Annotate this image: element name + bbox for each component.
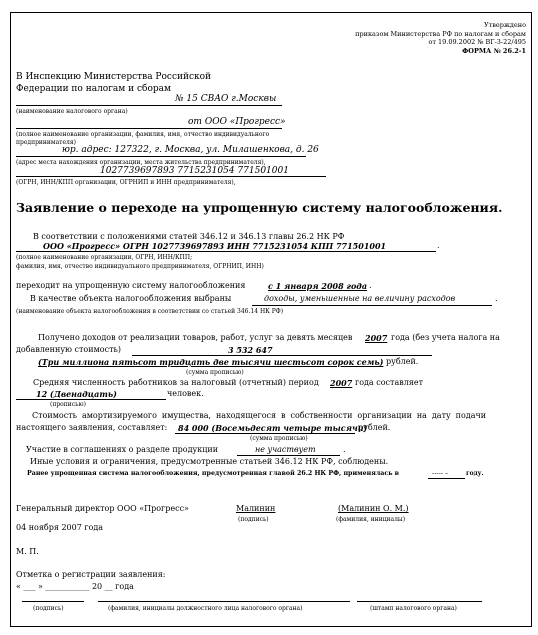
registration-stamp-line[interactable]	[357, 601, 482, 602]
p9-end: году.	[466, 470, 484, 477]
registration-date-field[interactable]: « ___ » ___________ 20 __ года	[16, 582, 134, 591]
p5-text-1: Средняя численность работников за налого…	[33, 378, 319, 387]
p4-text-1: Получено доходов от реализации товаров, …	[38, 333, 352, 342]
signatory-name-field[interactable]: (Малинин О. М.)	[338, 504, 409, 513]
addressee-line-2: Федерации по налогам и сборам	[16, 84, 171, 94]
p1-caption-2: фамилия, имя, отчество индивидуального п…	[16, 263, 264, 270]
p1-org-line	[16, 251, 436, 252]
p6-currency: рублей.	[358, 423, 390, 432]
registration-signature-caption: (подпись)	[33, 605, 64, 612]
p4-caption: (сумма прописью)	[186, 369, 244, 376]
signing-date: 04 ноября 2007 года	[16, 523, 103, 532]
signature-caption: (подпись)	[238, 516, 269, 523]
from-line	[16, 128, 282, 129]
p3-end: .	[495, 294, 498, 303]
document-title: Заявление о переходе на упрощенную систе…	[16, 200, 502, 215]
address-caption: (адрес места нахождения организации, мес…	[16, 159, 266, 166]
p5-count-field[interactable]: 12 (Двенадцать)	[36, 389, 117, 399]
registration-official-line[interactable]	[98, 601, 350, 602]
p3-object-field[interactable]: доходы, уменьшенные на величину расходов	[264, 294, 455, 303]
tax-office-field[interactable]: № 15 СВАО г.Москвы	[175, 94, 276, 104]
p2-text: переходит на упрощенную систему налогооб…	[16, 281, 245, 290]
p7-field[interactable]: не участвует	[255, 445, 316, 454]
p3-text: В качестве объекта налогообложения выбра…	[30, 294, 231, 303]
approval-block: Утверждено приказом Министерства РФ по н…	[355, 21, 526, 55]
p4-amount-field[interactable]: 3 532 647	[228, 345, 273, 355]
tax-office-line	[16, 105, 282, 106]
p1-org-field[interactable]: ООО «Прогресс» ОГРН 1027739697893 ИНН 77…	[43, 241, 386, 251]
p3-caption: (наименование объекта налогообложения в …	[16, 308, 283, 315]
p6-text-1: Стоимость амортизируемого имущества, нах…	[32, 411, 486, 420]
address-field[interactable]: юр. адрес: 127322, г. Москва, ул. Милаше…	[62, 145, 319, 155]
p2-end: .	[369, 281, 372, 290]
p7-end: .	[343, 445, 346, 454]
address-line	[16, 156, 306, 157]
from-field[interactable]: от ООО «Прогресс»	[188, 117, 286, 127]
p4-words-field[interactable]: (Три миллиона пятьсот тридцать две тысяч…	[38, 357, 383, 367]
ids-line	[16, 176, 326, 177]
form-number: ФОРМА № 26.2-1	[355, 47, 526, 56]
p5-year-field[interactable]: 2007	[330, 378, 352, 388]
p3-object-line	[252, 305, 492, 306]
p4-amount-line	[132, 355, 432, 356]
p6-text-2: настоящего заявления, составляет:	[16, 423, 167, 432]
ids-field[interactable]: 1027739697893 7715231054 771501001	[100, 166, 289, 176]
p5-unit: человек.	[167, 389, 204, 398]
p4-year-field[interactable]: 2007	[365, 333, 387, 343]
p5-count-line	[16, 399, 166, 400]
approval-line-1: Утверждено	[355, 21, 526, 30]
from-caption-1: (полное наименование организации, фамили…	[16, 131, 269, 138]
registration-stamp-caption: (штамп налогового органа)	[370, 605, 457, 612]
p8-text: Иные условия и ограничения, предусмотрен…	[30, 457, 388, 466]
signatory-name-caption: (фамилия, инициалы)	[336, 516, 405, 523]
p7-text: Участие в соглашениях о разделе продукци…	[26, 445, 218, 454]
p1-caption-1: (полное наименование организации, ОГРН, …	[16, 254, 192, 261]
registration-signature-line[interactable]	[22, 601, 84, 602]
p6-amount-field[interactable]: 84 000 (Восемьдесят четыре тысячи)	[178, 423, 367, 433]
p1-org-end: .	[437, 241, 440, 250]
p9-line	[428, 478, 465, 479]
registration-official-caption: (фамилия, инициалы должностного лица нал…	[108, 605, 302, 612]
p4-text-3: добавленную стоимость)	[16, 345, 121, 354]
p4-currency: рублей.	[386, 357, 418, 366]
p5-caption: (прописью)	[50, 401, 86, 408]
p6-caption: (сумма прописью)	[250, 435, 308, 442]
approval-line-3: от 19.09.2002 № ВГ-3-22/495	[355, 38, 526, 47]
p2-date-field[interactable]: с 1 января 2008 года	[268, 281, 367, 291]
signature-field[interactable]: Малинин	[236, 504, 275, 513]
seal-mark: М. П.	[16, 547, 39, 556]
ids-caption: (ОГРН, ИНН/КПП организации, ОГРНИП и ИНН…	[16, 179, 236, 186]
p1-intro: В соответствии с положениями статей 346.…	[33, 232, 344, 241]
p4-text-2: года (без учета налога на	[391, 333, 500, 342]
p9-text: Ранее упрощенная система налогообложения…	[27, 470, 399, 477]
p6-amount-line	[175, 433, 355, 434]
p5-text-2: года составляет	[355, 378, 423, 387]
addressee-line-1: В Инспекцию Министерства Российской	[16, 72, 211, 82]
p9-field[interactable]: ----- –	[432, 469, 448, 477]
p7-line	[237, 455, 340, 456]
tax-office-caption: (наименование налогового органа)	[16, 108, 128, 115]
registration-heading: Отметка о регистрации заявления:	[16, 570, 165, 579]
approval-line-2: приказом Министерства РФ по налогам и сб…	[355, 30, 526, 39]
signatory-position: Генеральный директор ООО «Прогресс»	[16, 504, 189, 513]
